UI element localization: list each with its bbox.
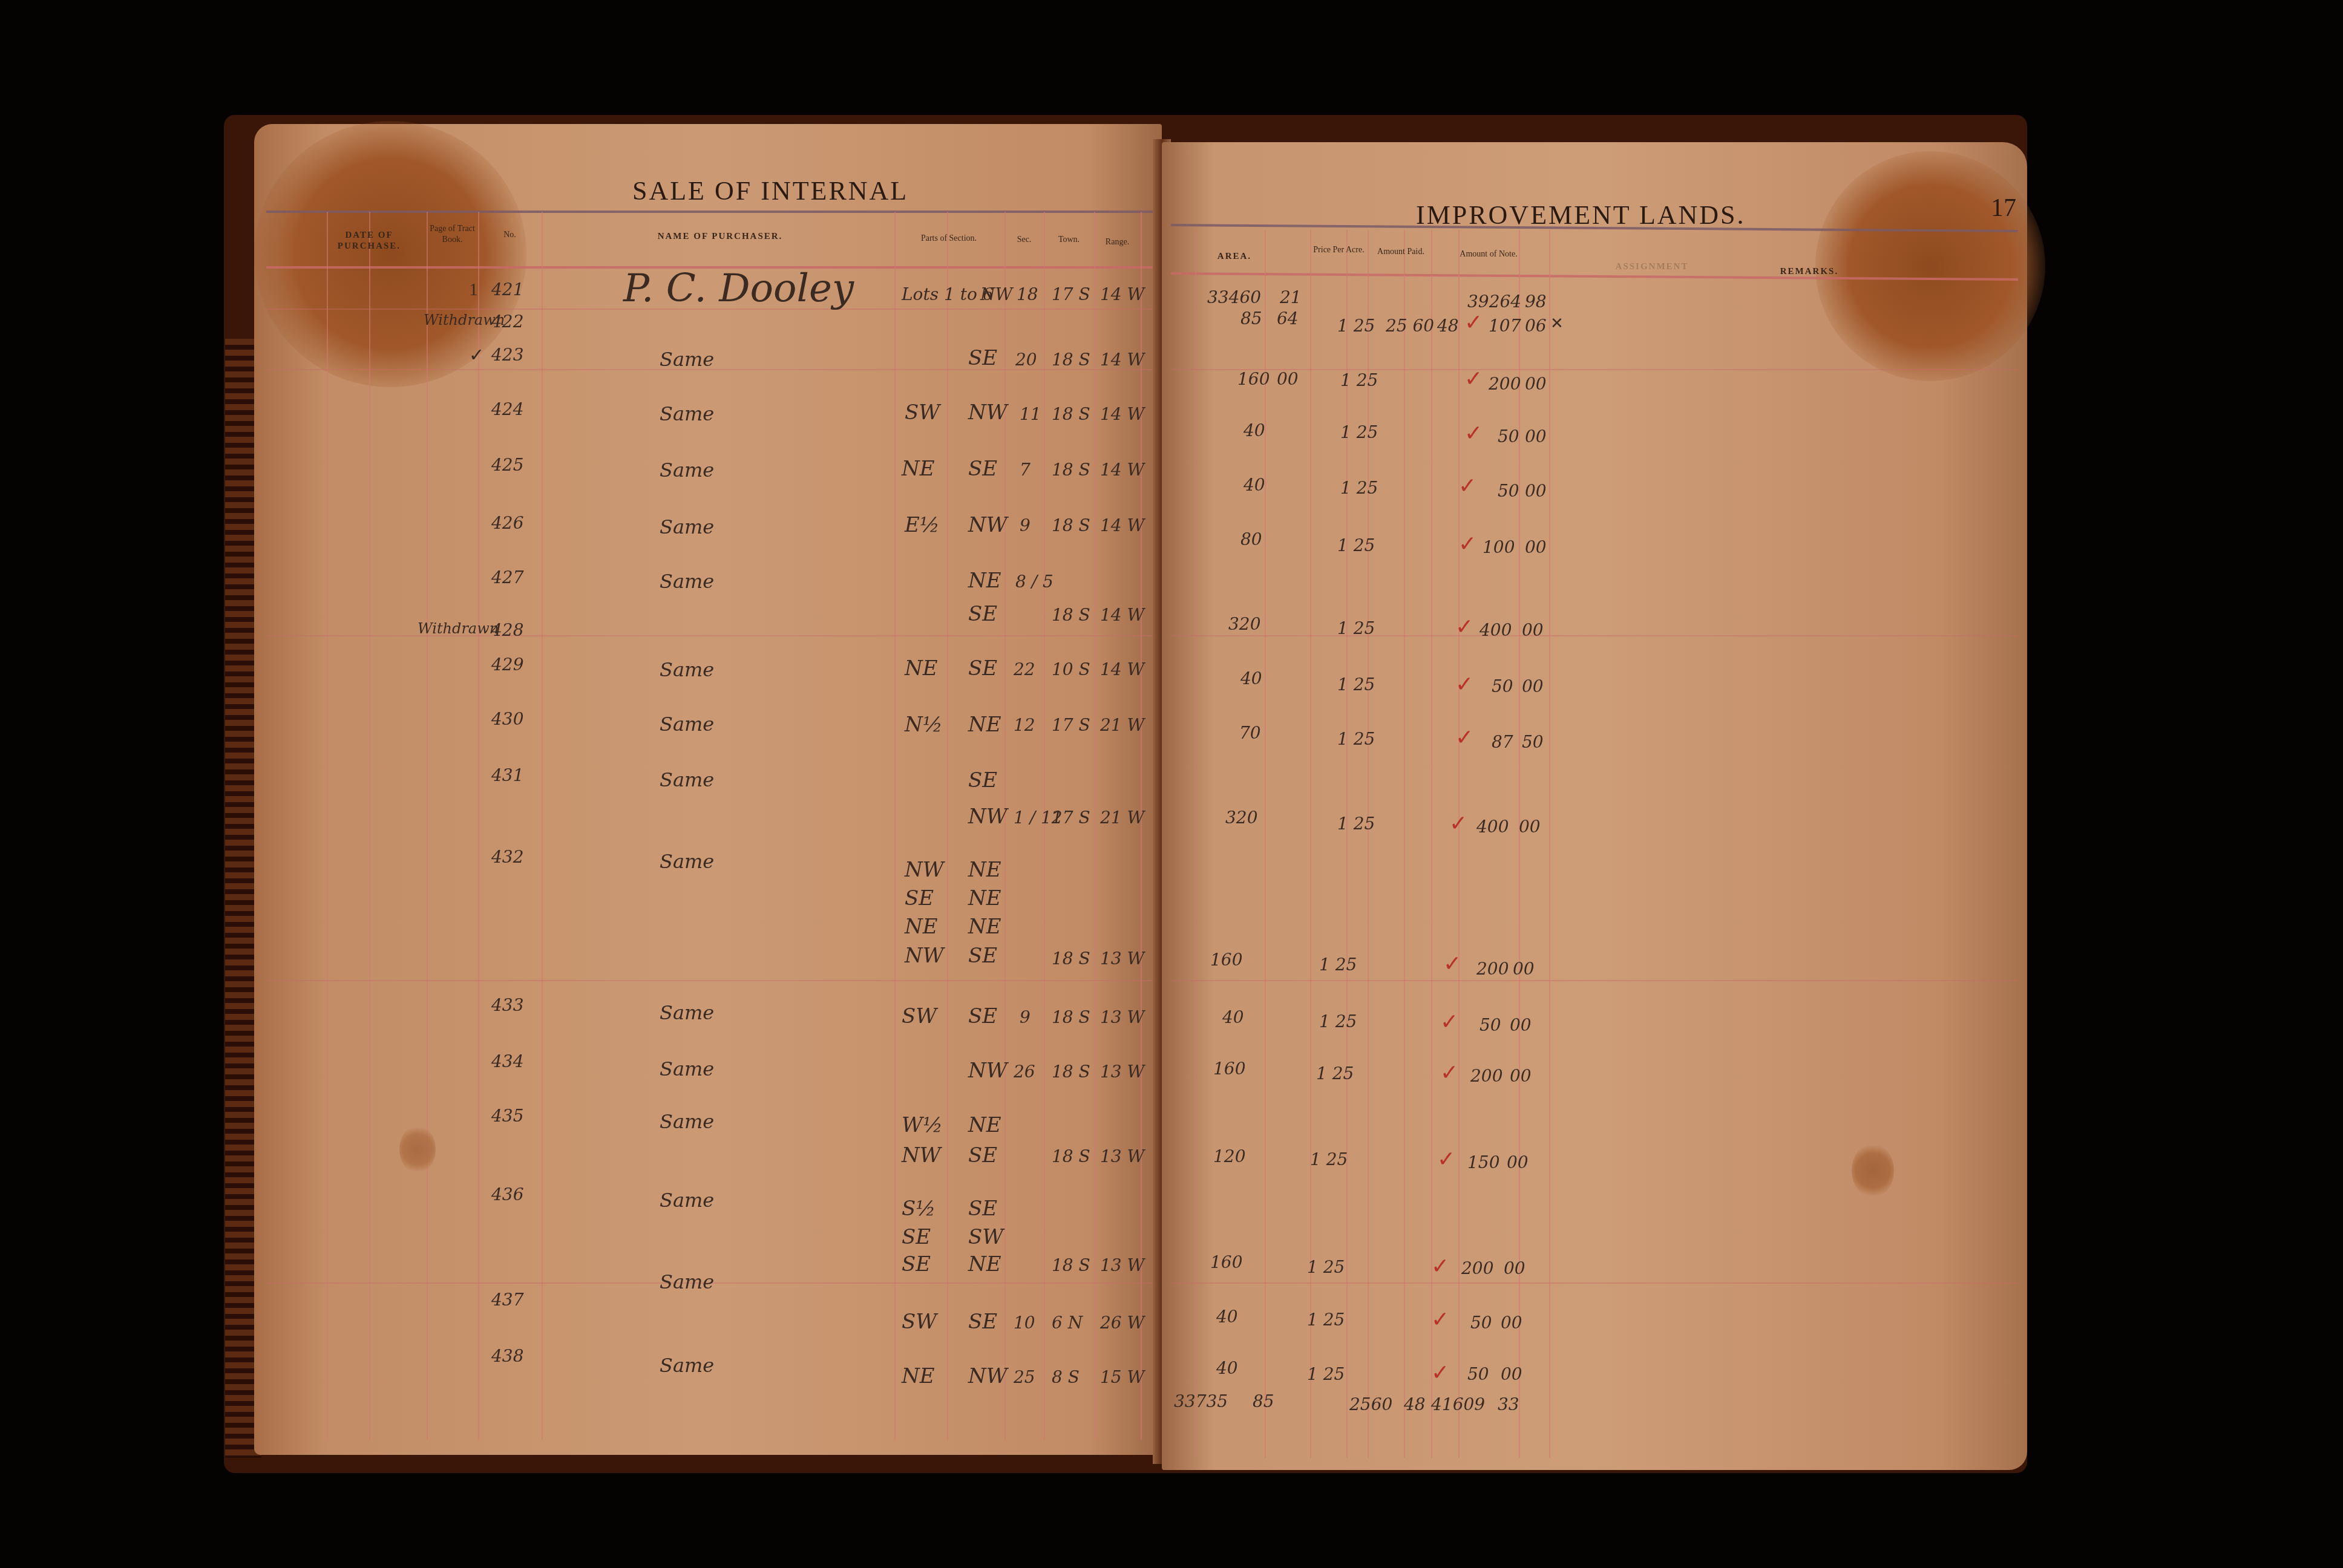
amount-of-note: 50 xyxy=(1470,1313,1492,1333)
purchaser-name: Same xyxy=(660,1057,714,1080)
withdrawn-note: Withdrawn xyxy=(418,620,499,637)
entry-number: 433 xyxy=(491,995,523,1015)
amount-of-note: 50 xyxy=(1492,676,1513,696)
area: 40 xyxy=(1216,1358,1238,1378)
purchaser-name: Same xyxy=(660,1110,714,1133)
quarter: NE xyxy=(968,569,1001,593)
range: 13 W xyxy=(1100,1007,1144,1027)
town: 18 S xyxy=(1052,1255,1090,1275)
parts-of-section: Lots 1 to 6 xyxy=(902,284,994,304)
parts-of-section: SE xyxy=(902,1225,931,1249)
column-divider xyxy=(947,212,948,1440)
red-check-icon: ✓ xyxy=(1455,725,1473,750)
quarter: NE xyxy=(968,915,1001,939)
amount-of-note: 400 xyxy=(1480,620,1512,640)
parts-of-section: E½ xyxy=(905,513,940,537)
amount-of-note-cents: 00 xyxy=(1501,1313,1522,1333)
carried-area: 33460 xyxy=(1207,287,1261,307)
column-divider xyxy=(542,212,543,1440)
col-amount-paid: Amount Paid. xyxy=(1371,247,1431,258)
red-check-icon: ✓ xyxy=(1431,1307,1449,1332)
purchaser-name: P. C. Dooley xyxy=(623,266,854,311)
purchaser-name: Same xyxy=(660,1354,714,1377)
parts-of-section: S½ xyxy=(902,1197,936,1221)
column-divider xyxy=(894,212,896,1440)
quarter: SE xyxy=(968,1004,997,1028)
price-per-acre: 1 25 xyxy=(1337,814,1375,834)
red-check-icon: ✓ xyxy=(1440,1009,1458,1034)
ruled-line xyxy=(266,980,1156,981)
col-name-of-purchaser: NAME OF PURCHASER. xyxy=(605,231,835,242)
amount-of-note-cents: 00 xyxy=(1522,620,1544,640)
cross-mark-icon: ✕ xyxy=(1550,315,1564,333)
town: 17 S xyxy=(1052,715,1090,735)
town: 17 S xyxy=(1052,808,1090,828)
range: 14 W xyxy=(1100,460,1144,480)
purchaser-name: Same xyxy=(660,570,714,593)
range: 14 W xyxy=(1100,605,1144,625)
carried-note: 39264 xyxy=(1467,292,1521,312)
column-divider xyxy=(427,212,428,1440)
area-frac: 00 xyxy=(1277,369,1299,389)
amount-of-note: 107 xyxy=(1489,316,1521,336)
parts-of-section: N½ xyxy=(905,713,943,737)
parts-of-section: SW xyxy=(902,1310,937,1334)
quarter: NE xyxy=(968,858,1001,882)
amount-of-note-cents: 00 xyxy=(1504,1258,1525,1278)
purchaser-name: Same xyxy=(660,658,714,681)
column-divider xyxy=(1549,230,1550,1458)
town: 8 S xyxy=(1052,1367,1080,1387)
red-check-icon: ✓ xyxy=(1437,1146,1455,1172)
col-parts-of-section: Parts of Section. xyxy=(894,234,1003,244)
quarter: NW xyxy=(968,1364,1008,1388)
area: 40 xyxy=(1244,475,1265,495)
quarter: NE xyxy=(968,886,1001,910)
section: 9 xyxy=(1020,1007,1031,1027)
amount-of-note-cents: 00 xyxy=(1510,1066,1532,1086)
red-check-icon: ✓ xyxy=(1464,420,1483,446)
ruled-line xyxy=(1171,980,2018,981)
col-remarks: REMARKS. xyxy=(1755,266,1864,277)
col-section: Sec. xyxy=(1004,235,1044,246)
entry-number: 421 xyxy=(491,279,523,299)
entry-number: 435 xyxy=(491,1106,523,1126)
column-divider xyxy=(1265,230,1266,1458)
red-check-icon: ✓ xyxy=(1458,531,1476,557)
area: 320 xyxy=(1225,808,1257,828)
red-check-icon: ✓ xyxy=(1458,473,1476,498)
purchaser-name: Same xyxy=(660,1270,714,1293)
purchaser-name: Same xyxy=(660,713,714,736)
amount-of-note-cents: 00 xyxy=(1525,426,1547,446)
town: 18 S xyxy=(1052,1007,1090,1027)
section: 11 xyxy=(1020,404,1041,424)
col-town: Town. xyxy=(1044,235,1094,246)
price-per-acre: 1 25 xyxy=(1337,675,1375,694)
quarter: SE xyxy=(968,602,997,626)
town: 18 S xyxy=(1052,605,1090,625)
parts-of-section: SW xyxy=(905,400,940,425)
range: 13 W xyxy=(1100,949,1144,969)
parts-of-section: NE xyxy=(902,1364,935,1388)
range: 21 W xyxy=(1100,715,1144,735)
amount-of-note: 100 xyxy=(1483,537,1515,557)
area: 40 xyxy=(1244,420,1265,440)
range: 26 W xyxy=(1100,1313,1144,1333)
column-divider xyxy=(327,212,328,1440)
entry-number: 422 xyxy=(491,312,523,332)
total-paid: 2560 xyxy=(1349,1394,1392,1414)
town: 18 S xyxy=(1052,460,1090,480)
amount-of-note: 50 xyxy=(1498,426,1519,446)
parts-of-section: SE xyxy=(905,886,934,910)
quarter: SE xyxy=(968,457,997,481)
parts-of-section: NW xyxy=(905,858,944,882)
section: 9 xyxy=(1020,515,1031,535)
price-per-acre: 1 25 xyxy=(1310,1149,1348,1169)
amount-of-note-cents: 50 xyxy=(1522,732,1544,752)
price-per-acre: 1 25 xyxy=(1307,1310,1345,1330)
parts-of-section: SE xyxy=(902,1252,931,1276)
quarter: SE xyxy=(968,944,997,968)
section: 22 xyxy=(1014,659,1035,679)
town: 18 S xyxy=(1052,1146,1090,1166)
section: 12 xyxy=(1014,715,1035,735)
amount-of-note-cents: 00 xyxy=(1507,1152,1529,1172)
amount-of-note: 50 xyxy=(1498,481,1519,501)
red-check-icon: ✓ xyxy=(1449,811,1467,836)
red-check-icon: ✓ xyxy=(1455,671,1473,697)
amount-of-note: 150 xyxy=(1467,1152,1499,1172)
amount-of-note-cents: 00 xyxy=(1525,481,1547,501)
parts-of-section: NE xyxy=(905,915,938,939)
column-divider xyxy=(1094,212,1095,1440)
area: 80 xyxy=(1240,529,1262,549)
range: 13 W xyxy=(1100,1146,1144,1166)
amount-of-note-cents: 00 xyxy=(1501,1364,1522,1384)
price-per-acre: 1 25 xyxy=(1307,1257,1345,1277)
quarter: NW xyxy=(968,1059,1008,1083)
total-note-cents: 33 xyxy=(1498,1394,1519,1414)
price-per-acre: 1 25 xyxy=(1340,422,1378,442)
entry-number: 428 xyxy=(491,620,523,640)
column-divider xyxy=(478,212,479,1440)
price-per-acre: 1 25 xyxy=(1337,618,1375,638)
quarter: NW xyxy=(968,400,1008,425)
town: 18 S xyxy=(1052,949,1090,969)
area: 160 xyxy=(1213,1059,1245,1079)
area: 160 xyxy=(1210,950,1242,970)
col-date-of-purchase: DATE OF PURCHASE. xyxy=(315,230,424,252)
purchaser-name: Same xyxy=(660,768,714,791)
amount-of-note-cents: 00 xyxy=(1519,817,1541,837)
town: 18 S xyxy=(1052,350,1090,370)
entry-number: 427 xyxy=(491,567,523,587)
quarter: SE xyxy=(968,1310,997,1334)
page-number: 17 xyxy=(1991,194,2016,223)
town: 17 S xyxy=(1052,284,1090,304)
purchaser-name: Same xyxy=(660,402,714,425)
purchaser-name: Same xyxy=(660,348,714,371)
red-check-icon: ✓ xyxy=(1431,1253,1449,1279)
range: 14 W xyxy=(1100,659,1144,679)
parts-of-section: NW xyxy=(905,944,944,968)
price-per-acre: 1 25 xyxy=(1337,729,1375,749)
total-area: 33735 xyxy=(1174,1391,1228,1411)
total-paid-cents: 48 xyxy=(1404,1394,1426,1414)
amount-of-note-cents: 06 xyxy=(1525,316,1547,336)
range: 13 W xyxy=(1100,1062,1144,1082)
quarter: NW xyxy=(980,284,1012,304)
amount-of-note: 400 xyxy=(1476,817,1509,837)
amount-of-note: 200 xyxy=(1461,1258,1493,1278)
amount-of-note-cents: 00 xyxy=(1513,959,1535,979)
entry-number: 434 xyxy=(491,1051,523,1071)
total-area-frac: 85 xyxy=(1253,1391,1274,1411)
range: 21 W xyxy=(1100,808,1144,828)
col-price-per-acre: Price Per Acre. xyxy=(1310,245,1368,256)
amount-of-note: 200 xyxy=(1476,959,1509,979)
amount-of-note-cents: 00 xyxy=(1525,537,1547,557)
red-check-icon: ✓ xyxy=(1464,310,1483,335)
parts-of-section: NE xyxy=(905,656,938,681)
entry-number: 437 xyxy=(491,1290,523,1310)
quarter: SE xyxy=(968,656,997,681)
section: 7 xyxy=(1020,460,1031,480)
amount-of-note: 87 xyxy=(1492,732,1513,752)
range: 14 W xyxy=(1100,350,1144,370)
red-check-icon: ✓ xyxy=(1443,951,1461,976)
section: 26 xyxy=(1014,1062,1035,1082)
town: 6 N xyxy=(1052,1313,1083,1333)
amount-paid-cents: 48 xyxy=(1437,316,1459,336)
left-page-title: SALE OF INTERNAL xyxy=(632,175,908,206)
price-per-acre: 1 25 xyxy=(1337,535,1375,555)
quarter: SE xyxy=(968,768,997,792)
entry-number: 423 xyxy=(491,345,523,365)
area: 120 xyxy=(1213,1146,1245,1166)
quarter: NE xyxy=(968,1252,1001,1276)
section: 10 xyxy=(1014,1313,1035,1333)
area: 160 xyxy=(1210,1252,1242,1272)
price-per-acre: 1 25 xyxy=(1337,316,1375,336)
quarter: SE xyxy=(968,346,997,370)
entry-number: 424 xyxy=(491,399,523,419)
area: 40 xyxy=(1216,1307,1238,1327)
range: 14 W xyxy=(1100,404,1144,424)
parts-of-section: SW xyxy=(902,1004,937,1028)
range: 15 W xyxy=(1100,1367,1144,1387)
price-per-acre: 1 25 xyxy=(1319,1011,1357,1031)
ruled-line xyxy=(1171,635,2018,636)
quarter: NE xyxy=(968,1113,1001,1137)
section: 8 / 5 xyxy=(1015,572,1054,592)
town: 18 S xyxy=(1052,1062,1090,1082)
parts-of-section: NW xyxy=(902,1143,941,1168)
header-rule xyxy=(266,211,1156,213)
area: 40 xyxy=(1240,668,1262,688)
col-amount-of-note: Amount of Note. xyxy=(1458,249,1519,260)
ruled-line xyxy=(266,635,1156,636)
amount-of-note: 50 xyxy=(1480,1015,1501,1035)
amount-of-note: 50 xyxy=(1467,1364,1489,1384)
entry-number: 426 xyxy=(491,513,523,533)
amount-of-note: 200 xyxy=(1470,1066,1502,1086)
entry-number: 431 xyxy=(491,765,523,785)
entry-number: 432 xyxy=(491,847,523,867)
quarter: SW xyxy=(968,1225,1003,1249)
purchaser-name: Same xyxy=(660,459,714,482)
col-assignment: ASSIGNMENT xyxy=(1585,261,1719,272)
amount-of-note-cents: 00 xyxy=(1510,1015,1532,1035)
area: 70 xyxy=(1239,723,1261,743)
amount-paid: 25 60 xyxy=(1386,316,1434,336)
price-per-acre: 1 25 xyxy=(1340,370,1378,390)
quarter: NW xyxy=(968,805,1008,829)
entry-number: 430 xyxy=(491,709,523,729)
carried-area-frac: 21 xyxy=(1280,287,1302,307)
purchaser-name: Same xyxy=(660,1189,714,1212)
entry-number: 438 xyxy=(491,1346,523,1366)
amount-of-note-cents: 00 xyxy=(1525,374,1547,394)
town: 18 S xyxy=(1052,515,1090,535)
column-divider xyxy=(1404,230,1405,1458)
ink-spot xyxy=(1852,1143,1894,1198)
area: 85 xyxy=(1240,309,1262,328)
column-divider xyxy=(1346,230,1348,1458)
parts-of-section: W½ xyxy=(902,1113,943,1137)
total-note: 41609 xyxy=(1431,1394,1485,1414)
parts-of-section: NE xyxy=(902,457,935,481)
area: 320 xyxy=(1228,614,1260,634)
quarter: NE xyxy=(968,713,1001,737)
section: 20 xyxy=(1015,350,1037,370)
col-number: No. xyxy=(478,230,542,241)
column-divider xyxy=(1195,230,1196,1458)
area: 40 xyxy=(1222,1007,1244,1027)
price-per-acre: 1 25 xyxy=(1319,955,1357,975)
page-tract-entry: 1 xyxy=(469,279,478,300)
entry-number: 436 xyxy=(491,1184,523,1204)
red-check-icon: ✓ xyxy=(1464,366,1483,391)
town: 10 S xyxy=(1052,659,1090,679)
town: 18 S xyxy=(1052,404,1090,424)
col-area: AREA. xyxy=(1204,251,1265,262)
range: 13 W xyxy=(1100,1255,1144,1275)
section: 18 xyxy=(1017,284,1038,304)
price-per-acre: 1 25 xyxy=(1316,1063,1354,1083)
column-divider xyxy=(1458,230,1460,1458)
entry-number: 429 xyxy=(491,655,523,675)
purchaser-name: Same xyxy=(660,1001,714,1024)
ruled-line xyxy=(1171,1282,2018,1284)
range: 14 W xyxy=(1100,284,1144,304)
range: 14 W xyxy=(1100,515,1144,535)
water-stain xyxy=(254,121,526,387)
price-per-acre: 1 25 xyxy=(1340,478,1378,498)
carried-note-cents: 98 xyxy=(1525,292,1547,312)
entry-number: 425 xyxy=(491,455,523,475)
col-page-tract-book: Page of Tract Book. xyxy=(427,224,478,246)
red-check-icon: ✓ xyxy=(1455,614,1473,639)
column-divider xyxy=(369,212,370,1440)
col-range: Range. xyxy=(1094,237,1141,248)
amount-of-note: 200 xyxy=(1489,374,1521,394)
ink-spot xyxy=(399,1125,436,1174)
quarter: NW xyxy=(968,513,1008,537)
area-frac: 64 xyxy=(1277,309,1299,328)
purchaser-name: Same xyxy=(660,850,714,873)
quarter: SE xyxy=(968,1197,997,1221)
amount-of-note-cents: 00 xyxy=(1522,676,1544,696)
column-divider xyxy=(1368,230,1369,1458)
red-check-icon: ✓ xyxy=(1440,1060,1458,1085)
section: 25 xyxy=(1014,1367,1035,1387)
red-check-icon: ✓ xyxy=(1431,1360,1449,1385)
price-per-acre: 1 25 xyxy=(1307,1364,1345,1384)
area: 160 xyxy=(1237,369,1270,389)
quarter: SE xyxy=(968,1143,997,1168)
purchaser-name: Same xyxy=(660,515,714,538)
